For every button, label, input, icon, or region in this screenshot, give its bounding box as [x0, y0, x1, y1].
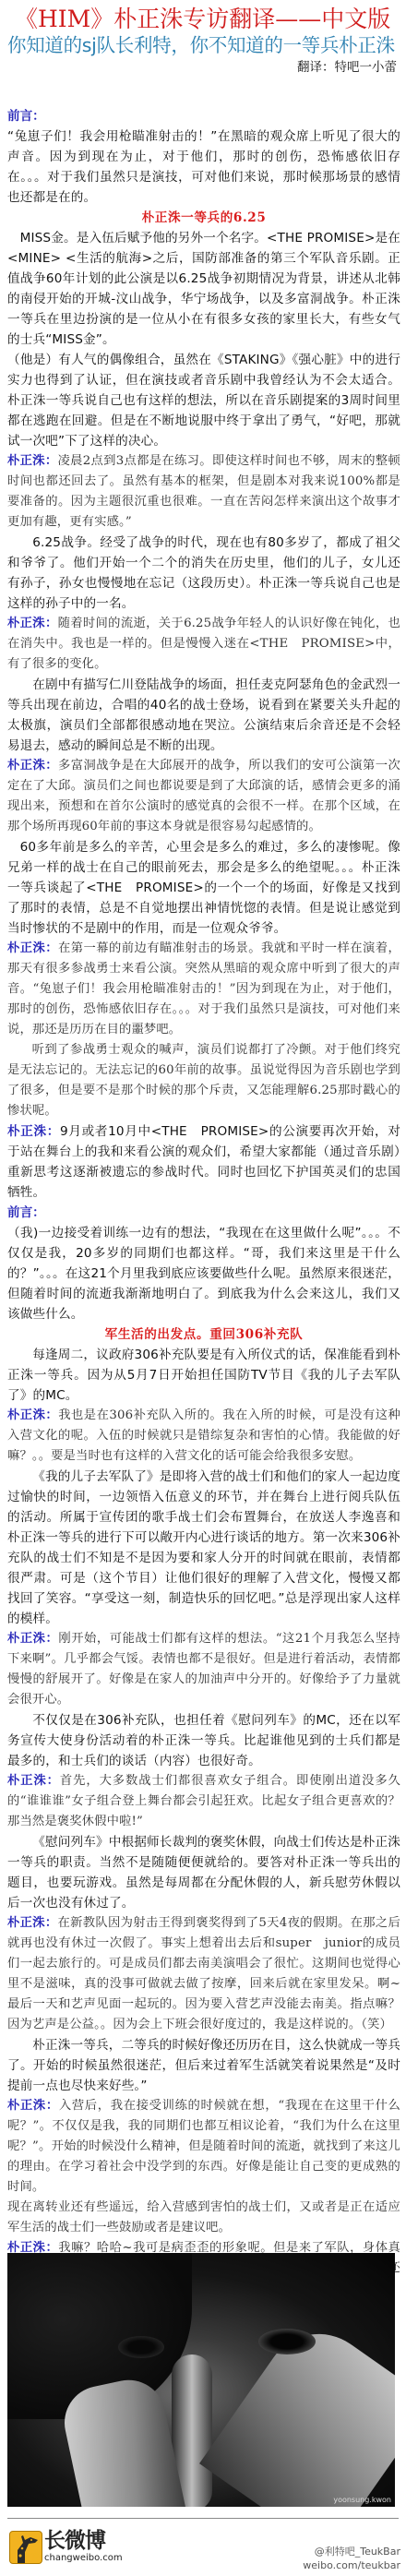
weibo-url[interactable]: weibo.com/teukbar: [303, 2558, 400, 2572]
interview-answer: 朴正洙：多富洞战争是在大邱展开的战争，所以我们的安可公演第一次定在了大邱。演员们…: [7, 756, 400, 837]
speaker-label: 朴正洙：: [7, 1408, 58, 1422]
article-subtitle: 你知道的sj队长利特，你不知道的一等兵朴正洙: [7, 33, 406, 57]
answer-text: 首先，大多数战士们都很喜欢女子组合。即使刚出道没多久的“谁谁谁”女子组合登上舞台…: [7, 1774, 400, 1828]
photo-hand-shape: [58, 2373, 188, 2507]
paragraph: 不仅仅是在306补充队，也担任着《慰问列车》的MC，还在以军务宣传大使身份活动着…: [7, 1710, 400, 1771]
translator-credit: 翻译：特吧一小蕾: [297, 59, 397, 76]
speaker-label: 朴正洙：: [7, 759, 58, 773]
interview-answer: 朴正洙：首先，大多数战士们都很喜欢女子组合。即使刚出道没多久的“谁谁谁”女子组合…: [7, 1771, 400, 1832]
paragraph: （他是）有人气的偶像组合，虽然在《STAKING》《强心脏》中的进行实力也得到了…: [7, 350, 400, 451]
speaker-label: 朴正洙：: [7, 454, 57, 468]
paragraph: 每逢周二，议政府306补充队要是有入所仪式的话，保准能看到朴正洙一等兵。因为从5…: [7, 1345, 400, 1406]
paragraph: 6.25战争。经受了战争的时代，现在也有80多岁了，都成了祖父和爷爷了。他们开始…: [7, 533, 400, 614]
answer-text: 入营后，我在接受训练的时候就在想，“我现在在这里干什么呢？”。不仅仅是我，我的同…: [7, 2099, 400, 2194]
paragraph: 60多年前是多么的辛苦，心里会是多么的难过，多么的凄惨呢。像兄弟一样的战士在自己…: [7, 837, 400, 939]
interview-answer: 朴正洙：入营后，我在接受训练的时候就在想，“我现在在这里干什么呢？”。不仅仅是我…: [7, 2096, 400, 2198]
interview-answer: 朴正洙：在第一幕的前边有瞄准射击的场景。我就和平时一样在演着，那天有很多参战勇士…: [7, 939, 400, 1040]
interview-answer: 朴正洙：9月或者10月中<THE PROMISE>的公演要再次开始，对于站在舞台…: [7, 1121, 400, 1203]
interview-answer: 朴正洙：刚开始，可能战士们都有这样的想法。“这21个月我怎么坚持下来啊”。几乎都…: [7, 1629, 400, 1710]
section-heading: 朴正洙一等兵的6.25: [7, 208, 400, 228]
answer-text: 随着时间的流逝，关于6.25战争年轻人的认识好像在钝化，也在消失中。我也是一样的…: [7, 617, 400, 671]
giraffe-icon-svg: [10, 2532, 42, 2563]
interview-answer: 朴正洙：随着时间的流逝，关于6.25战争年轻人的认识好像在钝化，也在消失中。我也…: [7, 614, 400, 675]
changweibo-logo[interactable]: 长微博 changweibo.com: [9, 2529, 157, 2568]
photo-eye-shape: [118, 2336, 164, 2358]
paragraph: 现在离转业还有些遥远，给入营感到害怕的战士们，又或者是正在适应军生活的战士们一些…: [7, 2198, 400, 2238]
speaker-label: 朴正洙：: [7, 941, 58, 955]
paragraph: 听到了参战勇士观众的喊声，演员们说都打了冷颤。对于他们终究是无法忘记的。无法忘记…: [7, 1040, 400, 1121]
logo-domain: changweibo.com: [44, 2553, 123, 2564]
section-heading: 军生活的出发点。重回306补充队: [7, 1324, 400, 1345]
speaker-label: 朴正洙：: [7, 2099, 59, 2113]
speaker-label: 朴正洙：: [7, 1632, 58, 1646]
spacer: [7, 86, 400, 106]
weibo-handle[interactable]: @利特吧_TeukBar: [303, 2545, 400, 2558]
paragraph: 《慰问列车》中根据师长裁判的褒奖休假，向战士们传达是朴正洙一等兵的职责。当然不是…: [7, 1832, 400, 1913]
preface-paragraph: （我)一边接受着训练一边有的想法，“我现在在这里做什么呢”。。。不仅仅是我，20…: [7, 1223, 400, 1324]
photo-credit: yoonsung.kwon: [333, 2496, 391, 2504]
portrait-photo: yoonsung.kwon: [7, 2253, 395, 2507]
answer-text: 刚开始，可能战士们都有这样的想法。“这21个月我怎么坚持下来啊”。几乎都会气馁。…: [7, 1632, 400, 1707]
speaker-label: 朴正洙：: [7, 1916, 57, 1930]
preface-label: 前言：: [7, 106, 400, 126]
answer-text: 在新教队因为射击王得到褒奖得到了5天4夜的假期。在那之后就再也没有休过一次假了。…: [7, 1916, 400, 2031]
giraffe-icon: [9, 2531, 42, 2564]
article-body: 前言： “兔崽子们！我会用枪瞄准射击的！”在黑暗的观众席上听见了很大的声音。因为…: [7, 86, 400, 2299]
interview-answer: 朴正洙：凌晨2点到3点都是在练习。即使这样时间也不够，周末的整顿时间也都还回去了…: [7, 451, 400, 533]
interview-answer: 朴正洙：在新教队因为射击王得到褒奖得到了5天4夜的假期。在那之后就再也没有休过一…: [7, 1913, 400, 2035]
paragraph: 在剧中有描写仁川登陆战争的场面，担任麦克阿瑟角色的金武烈一等兵出现在前边，合唱的…: [7, 675, 400, 756]
preface-label: 前言：: [7, 1203, 400, 1223]
article-title: 《HIM》朴正洙专访翻译——中文版: [15, 6, 402, 33]
answer-text: 多富洞战争是在大邱展开的战争，所以我们的安可公演第一次定在了大邱。演员们之间也都…: [7, 759, 400, 833]
answer-text: 我也是在306补充队入所的。我在入所的时候，可是没有这种入营文化的呢。入伍的时候…: [7, 1408, 400, 1463]
footer-divider: [7, 2518, 399, 2519]
speaker-label: 朴正洙：: [7, 1774, 60, 1788]
answer-text: 凌晨2点到3点都是在练习。即使这样时间也不够，周末的整顿时间也都还回去了。虽然有…: [7, 454, 400, 529]
preface-paragraph: “兔崽子们！我会用枪瞄准射击的！”在黑暗的观众席上听见了很大的声音。因为到现在为…: [7, 126, 400, 208]
answer-text: 在第一幕的前边有瞄准射击的场景。我就和平时一样在演着，那天有很多参战勇士来看公演…: [7, 941, 400, 1036]
weibo-handle-block: @利特吧_TeukBar weibo.com/teukbar: [303, 2545, 400, 2572]
photo-eye-shape: [258, 2329, 316, 2354]
paragraph: MISS金。是入伍后赋予他的另外一个名字。<THE PROMISE>是在<MIN…: [7, 228, 400, 350]
answer-text: 9月或者10月中<THE PROMISE>的公演要再次开始，对于站在舞台上的我和…: [7, 1124, 400, 1200]
interview-answer: 朴正洙：我也是在306补充队入所的。我在入所的时候，可是没有这种入营文化的呢。入…: [7, 1406, 400, 1467]
speaker-label: 朴正洙：: [7, 617, 58, 630]
paragraph: 朴正洙一等兵，二等兵的时候好像还历历在目，这么快就成一等兵了。开始的时候虽然很迷…: [7, 2035, 400, 2096]
logo-name: 长微博: [44, 2528, 105, 2554]
speaker-label: 朴正洙：: [7, 1124, 60, 1139]
paragraph: 《我的儿子去军队了》是即将入营的战士们和他们的家人一起边度过愉快的时间，一边领悟…: [7, 1467, 400, 1629]
